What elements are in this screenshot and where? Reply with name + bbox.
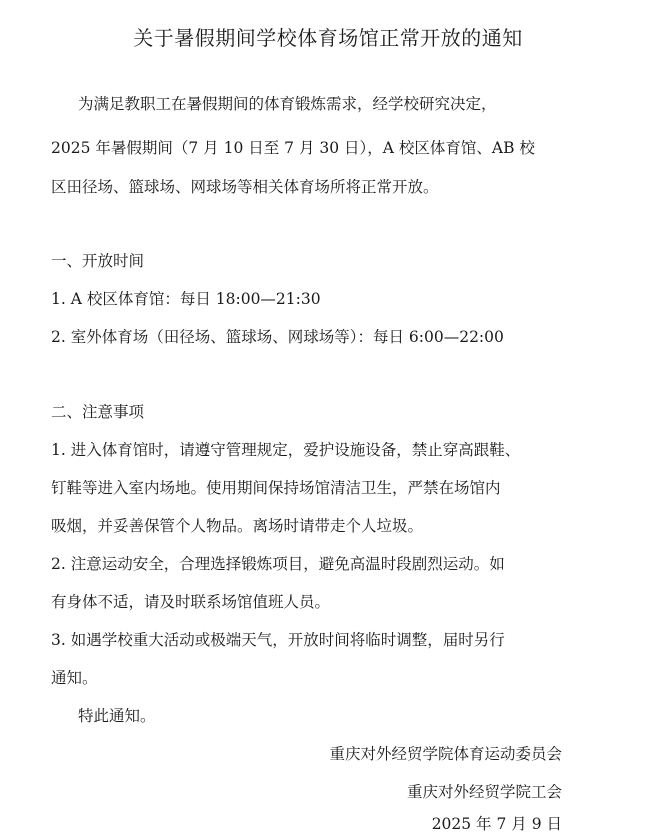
signature-org-union: 重庆对外经贸学院工会 (407, 780, 562, 802)
notes-line: 吸烟，并妥善保管个人物品。离场时请带走个人垃圾。 (51, 514, 423, 536)
notes-line: 2. 注意运动安全，合理选择锻炼项目，避免高温时段剧烈运动。如 (51, 552, 505, 574)
notes-line: 通知。 (51, 666, 98, 688)
notes-line: 3. 如遇学校重大活动或极端天气，开放时间将临时调整，届时另行 (51, 628, 505, 650)
signature-org-sports-committee: 重庆对外经贸学院体育运动委员会 (329, 742, 562, 764)
intro-line: 为满足教职工在暑假期间的体育锻炼需求，经学校研究决定， (78, 92, 497, 114)
section-heading-open-time: 一、开放时间 (51, 249, 144, 271)
notes-line: 1. 进入体育馆时，请遵守管理规定，爱护设施设备，禁止穿高跟鞋、 (51, 438, 520, 460)
document-title: 关于暑假期间学校体育场馆正常开放的通知 (0, 22, 656, 51)
notes-line: 有身体不适，请及时联系场馆值班人员。 (51, 590, 330, 612)
intro-line: 区田径场、篮球场、网球场等相关体育场所将正常开放。 (51, 175, 439, 197)
open-time-item: 2. 室外体育场（田径场、篮球场、网球场等）：每日 6:00—22:00 (51, 325, 504, 347)
closing-text: 特此通知。 (78, 704, 156, 726)
signature-date: 2025 年 7 月 9 日 (432, 812, 562, 834)
notes-line: 钉鞋等进入室内场地。使用期间保持场馆清洁卫生，严禁在场馆内 (51, 476, 501, 498)
open-time-item: 1. A 校区体育馆：每日 18:00—21:30 (51, 287, 321, 309)
section-heading-notes: 二、注意事项 (51, 400, 144, 422)
intro-line: 2025 年暑假期间（7 月 10 日至 7 月 30 日），A 校区体育馆、A… (51, 136, 535, 158)
